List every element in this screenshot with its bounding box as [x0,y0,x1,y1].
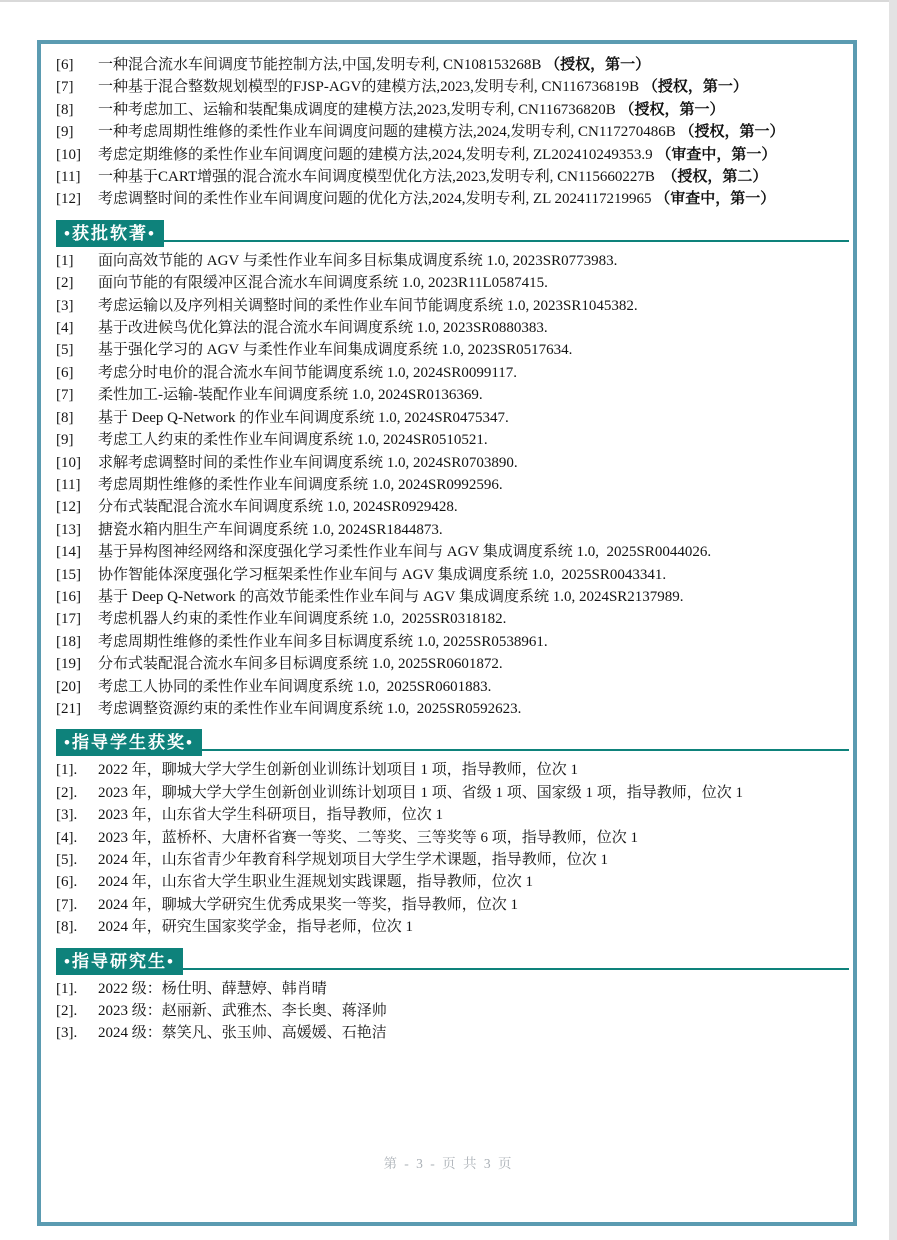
patent-status: （审查中，第一） [655,188,775,210]
patent-status: （授权，第一） [643,76,748,98]
item-number: [14] [56,541,98,563]
item-number: [6]. [56,871,98,893]
patent-text: 一种混合流水车间调度节能控制方法,中国,发明专利, CN108153268B [98,54,545,76]
item-number: [11] [56,166,98,188]
student-awards-list: [1]. 2022 年，聊城大学大学生创新创业训练计划项目 1 项，指导教师，位… [56,759,849,938]
software-item: [8] 基于 Deep Q-Network 的作业车间调度系统 1.0, 202… [56,407,849,429]
software-item: [21] 考虑调整资源约束的柔性作业车间调度系统 1.0, 2025SR0592… [56,698,849,720]
software-item: [19] 分布式装配混合流水车间多目标调度系统 1.0, 2025SR06018… [56,653,849,675]
item-number: [1]. [56,978,98,1000]
item-number: [8] [56,407,98,429]
award-text: 2024 年，研究生国家奖学金，指导老师，位次 1 [98,916,413,938]
item-number: [2]. [56,1000,98,1022]
item-number: [2]. [56,782,98,804]
item-number: [4] [56,317,98,339]
software-item: [10] 求解考虑调整时间的柔性作业车间调度系统 1.0, 2024SR0703… [56,452,849,474]
software-text: 协作智能体深度强化学习框架柔性作业车间与 AGV 集成调度系统 1.0, 202… [98,564,666,586]
award-text: 2022 年，聊城大学大学生创新创业训练计划项目 1 项，指导教师，位次 1 [98,759,578,781]
patent-item: [8] 一种考虑加工、运输和装配集成调度的建模方法,2023,发明专利, CN1… [56,99,849,121]
software-item: [1] 面向高效节能的 AGV 与柔性作业车间多目标集成调度系统 1.0, 20… [56,250,849,272]
item-number: [11] [56,474,98,496]
item-number: [6] [56,54,98,76]
section-badge-awards: •指导学生获奖• [56,729,202,756]
section-rule [202,749,849,751]
software-item: [9] 考虑工人约束的柔性作业车间调度系统 1.0, 2024SR0510521… [56,429,849,451]
item-number: [13] [56,519,98,541]
item-number: [18] [56,631,98,653]
patent-item: [7] 一种基于混合整数规划模型的FJSP-AGV的建模方法,2023,发明专利… [56,76,849,98]
item-number: [16] [56,586,98,608]
software-text: 求解考虑调整时间的柔性作业车间调度系统 1.0, 2024SR0703890. [98,452,518,474]
software-text: 分布式装配混合流水车间多目标调度系统 1.0, 2025SR0601872. [98,653,503,675]
section-badge-students: •指导研究生• [56,948,183,975]
patent-text: 考虑调整时间的柔性作业车间调度问题的优化方法,2024,发明专利, ZL 202… [98,188,655,210]
software-text: 考虑调整资源约束的柔性作业车间调度系统 1.0, 2025SR0592623. [98,698,521,720]
student-item: [3]. 2024 级：蔡笑凡、张玉帅、高媛媛、石艳洁 [56,1022,849,1044]
award-item: [2]. 2023 年，聊城大学大学生创新创业训练计划项目 1 项、省级 1 项… [56,782,849,804]
software-copyright-list: [1] 面向高效节能的 AGV 与柔性作业车间多目标集成调度系统 1.0, 20… [56,250,849,721]
patent-text: 考虑定期维修的柔性作业车间调度问题的建模方法,2024,发明专利, ZL2024… [98,144,656,166]
item-number: [3]. [56,1022,98,1044]
patent-status: （授权，第二） [662,166,767,188]
software-item: [5] 基于强化学习的 AGV 与柔性作业车间集成调度系统 1.0, 2023S… [56,339,849,361]
award-text: 2023 年，山东省大学生科研项目，指导教师，位次 1 [98,804,443,826]
patent-status: （审查中，第一） [656,144,776,166]
award-item: [1]. 2022 年，聊城大学大学生创新创业训练计划项目 1 项，指导教师，位… [56,759,849,781]
software-item: [16] 基于 Deep Q-Network 的高效节能柔性作业车间与 AGV … [56,586,849,608]
software-text: 考虑运输以及序列相关调整时间的柔性作业车间节能调度系统 1.0, 2023SR1… [98,295,638,317]
software-item: [15] 协作智能体深度强化学习框架柔性作业车间与 AGV 集成调度系统 1.0… [56,564,849,586]
patent-item: [9] 一种考虑周期性维修的柔性作业车间调度问题的建模方法,2024,发明专利,… [56,121,849,143]
patent-text: 一种考虑加工、运输和装配集成调度的建模方法,2023,发明专利, CN11673… [98,99,620,121]
patent-item: [10] 考虑定期维修的柔性作业车间调度问题的建模方法,2024,发明专利, Z… [56,144,849,166]
item-number: [7] [56,384,98,406]
item-number: [5] [56,339,98,361]
viewer-right-edge [889,0,897,1240]
award-item: [3]. 2023 年，山东省大学生科研项目，指导教师，位次 1 [56,804,849,826]
item-number: [10] [56,452,98,474]
award-item: [5]. 2024 年，山东省青少年教育科学规划项目大学生学术课题，指导教师，位… [56,849,849,871]
section-rule [183,968,849,970]
patent-item: [12] 考虑调整时间的柔性作业车间调度问题的优化方法,2024,发明专利, Z… [56,188,849,210]
patent-status: （授权，第一） [545,54,650,76]
student-item: [1]. 2022 级：杨仕明、薛慧婷、韩肖晴 [56,978,849,1000]
patent-item: [6] 一种混合流水车间调度节能控制方法,中国,发明专利, CN10815326… [56,54,849,76]
software-item: [11] 考虑周期性维修的柔性作业车间调度系统 1.0, 2024SR09925… [56,474,849,496]
software-text: 基于改进候鸟优化算法的混合流水车间调度系统 1.0, 2023SR0880383… [98,317,548,339]
item-number: [7]. [56,894,98,916]
software-item: [20] 考虑工人协同的柔性作业车间调度系统 1.0, 2025SR060188… [56,676,849,698]
page-footer: 第 - 3 - 页 共 3 页 [0,1152,897,1172]
software-item: [3] 考虑运输以及序列相关调整时间的柔性作业车间节能调度系统 1.0, 202… [56,295,849,317]
item-number: [19] [56,653,98,675]
page-border-frame: [6] 一种混合流水车间调度节能控制方法,中国,发明专利, CN10815326… [37,40,857,1226]
student-text: 2023 级：赵丽新、武雅杰、李长奥、蒋泽帅 [98,1000,387,1022]
item-number: [15] [56,564,98,586]
patent-text: 一种基于CART增强的混合流水车间调度模型优化方法,2023,发明专利, CN1… [98,166,662,188]
award-item: [4]. 2023 年，蓝桥杯、大唐杯省赛一等奖、二等奖、三等奖等 6 项，指导… [56,827,849,849]
item-number: [4]. [56,827,98,849]
award-item: [6]. 2024 年，山东省大学生职业生涯规划实践课题，指导教师，位次 1 [56,871,849,893]
award-item: [8]. 2024 年，研究生国家奖学金，指导老师，位次 1 [56,916,849,938]
item-number: [17] [56,608,98,630]
software-item: [4] 基于改进候鸟优化算法的混合流水车间调度系统 1.0, 2023SR088… [56,317,849,339]
student-text: 2022 级：杨仕明、薛慧婷、韩肖晴 [98,978,327,1000]
award-text: 2024 年，山东省青少年教育科学规划项目大学生学术课题，指导教师，位次 1 [98,849,608,871]
student-item: [2]. 2023 级：赵丽新、武雅杰、李长奥、蒋泽帅 [56,1000,849,1022]
student-text: 2024 级：蔡笑凡、张玉帅、高媛媛、石艳洁 [98,1022,387,1044]
software-text: 柔性加工-运输-装配作业车间调度系统 1.0, 2024SR0136369. [98,384,483,406]
item-number: [3] [56,295,98,317]
software-text: 分布式装配混合流水车间调度系统 1.0, 2024SR0929428. [98,496,458,518]
item-number: [6] [56,362,98,384]
award-item: [7]. 2024 年，聊城大学研究生优秀成果奖一等奖，指导教师，位次 1 [56,894,849,916]
software-text: 搪瓷水箱内胆生产车间调度系统 1.0, 2024SR1844873. [98,519,443,541]
item-number: [2] [56,272,98,294]
software-text: 基于 Deep Q-Network 的高效节能柔性作业车间与 AGV 集成调度系… [98,586,684,608]
software-text: 考虑周期性维修的柔性作业车间调度系统 1.0, 2024SR0992596. [98,474,503,496]
software-item: [14] 基于异构图神经网络和深度强化学习柔性作业车间与 AGV 集成调度系统 … [56,541,849,563]
software-text: 考虑工人约束的柔性作业车间调度系统 1.0, 2024SR0510521. [98,429,488,451]
software-item: [6] 考虑分时电价的混合流水车间节能调度系统 1.0, 2024SR00991… [56,362,849,384]
item-number: [12] [56,188,98,210]
patent-list: [6] 一种混合流水车间调度节能控制方法,中国,发明专利, CN10815326… [56,54,849,211]
section-badge-software: •获批软著• [56,220,164,247]
patent-text: 一种基于混合整数规划模型的FJSP-AGV的建模方法,2023,发明专利, CN… [98,76,643,98]
item-number: [1] [56,250,98,272]
item-number: [3]. [56,804,98,826]
software-item: [17] 考虑机器人约束的柔性作业车间调度系统 1.0, 2025SR03181… [56,608,849,630]
software-text: 基于强化学习的 AGV 与柔性作业车间集成调度系统 1.0, 2023SR051… [98,339,572,361]
software-text: 面向高效节能的 AGV 与柔性作业车间多目标集成调度系统 1.0, 2023SR… [98,250,617,272]
section-header-students: •指导研究生• [56,948,849,975]
graduate-students-list: [1]. 2022 级：杨仕明、薛慧婷、韩肖晴 [2]. 2023 级：赵丽新、… [56,978,849,1045]
section-header-software: •获批软著• [56,220,849,247]
item-number: [8] [56,99,98,121]
patent-item: [11] 一种基于CART增强的混合流水车间调度模型优化方法,2023,发明专利… [56,166,849,188]
section-header-awards: •指导学生获奖• [56,729,849,756]
software-text: 考虑周期性维修的柔性作业车间多目标调度系统 1.0, 2025SR0538961… [98,631,548,653]
patent-text: 一种考虑周期性维修的柔性作业车间调度问题的建模方法,2024,发明专利, CN1… [98,121,680,143]
software-text: 考虑分时电价的混合流水车间节能调度系统 1.0, 2024SR0099117. [98,362,517,384]
software-item: [7] 柔性加工-运输-装配作业车间调度系统 1.0, 2024SR013636… [56,384,849,406]
item-number: [21] [56,698,98,720]
software-item: [2] 面向节能的有限缓冲区混合流水车间调度系统 1.0, 2023R11L05… [56,272,849,294]
software-text: 考虑机器人约束的柔性作业车间调度系统 1.0, 2025SR0318182. [98,608,506,630]
section-rule [164,240,849,242]
award-text: 2024 年，山东省大学生职业生涯规划实践课题，指导教师，位次 1 [98,871,533,893]
software-text: 基于 Deep Q-Network 的作业车间调度系统 1.0, 2024SR0… [98,407,509,429]
award-text: 2023 年，蓝桥杯、大唐杯省赛一等奖、二等奖、三等奖等 6 项，指导教师，位次… [98,827,638,849]
patent-status: （授权，第一） [680,121,785,143]
software-item: [12] 分布式装配混合流水车间调度系统 1.0, 2024SR0929428. [56,496,849,518]
item-number: [9] [56,429,98,451]
item-number: [10] [56,144,98,166]
patent-status: （授权，第一） [620,99,725,121]
item-number: [9] [56,121,98,143]
software-text: 考虑工人协同的柔性作业车间调度系统 1.0, 2025SR0601883. [98,676,491,698]
award-text: 2023 年，聊城大学大学生创新创业训练计划项目 1 项、省级 1 项、国家级 … [98,782,743,804]
software-text: 面向节能的有限缓冲区混合流水车间调度系统 1.0, 2023R11L058741… [98,272,548,294]
page-top-divider [0,0,897,2]
item-number: [5]. [56,849,98,871]
item-number: [8]. [56,916,98,938]
item-number: [20] [56,676,98,698]
item-number: [1]. [56,759,98,781]
software-text: 基于异构图神经网络和深度强化学习柔性作业车间与 AGV 集成调度系统 1.0, … [98,541,711,563]
software-item: [18] 考虑周期性维修的柔性作业车间多目标调度系统 1.0, 2025SR05… [56,631,849,653]
award-text: 2024 年，聊城大学研究生优秀成果奖一等奖，指导教师，位次 1 [98,894,518,916]
item-number: [12] [56,496,98,518]
item-number: [7] [56,76,98,98]
software-item: [13] 搪瓷水箱内胆生产车间调度系统 1.0, 2024SR1844873. [56,519,849,541]
